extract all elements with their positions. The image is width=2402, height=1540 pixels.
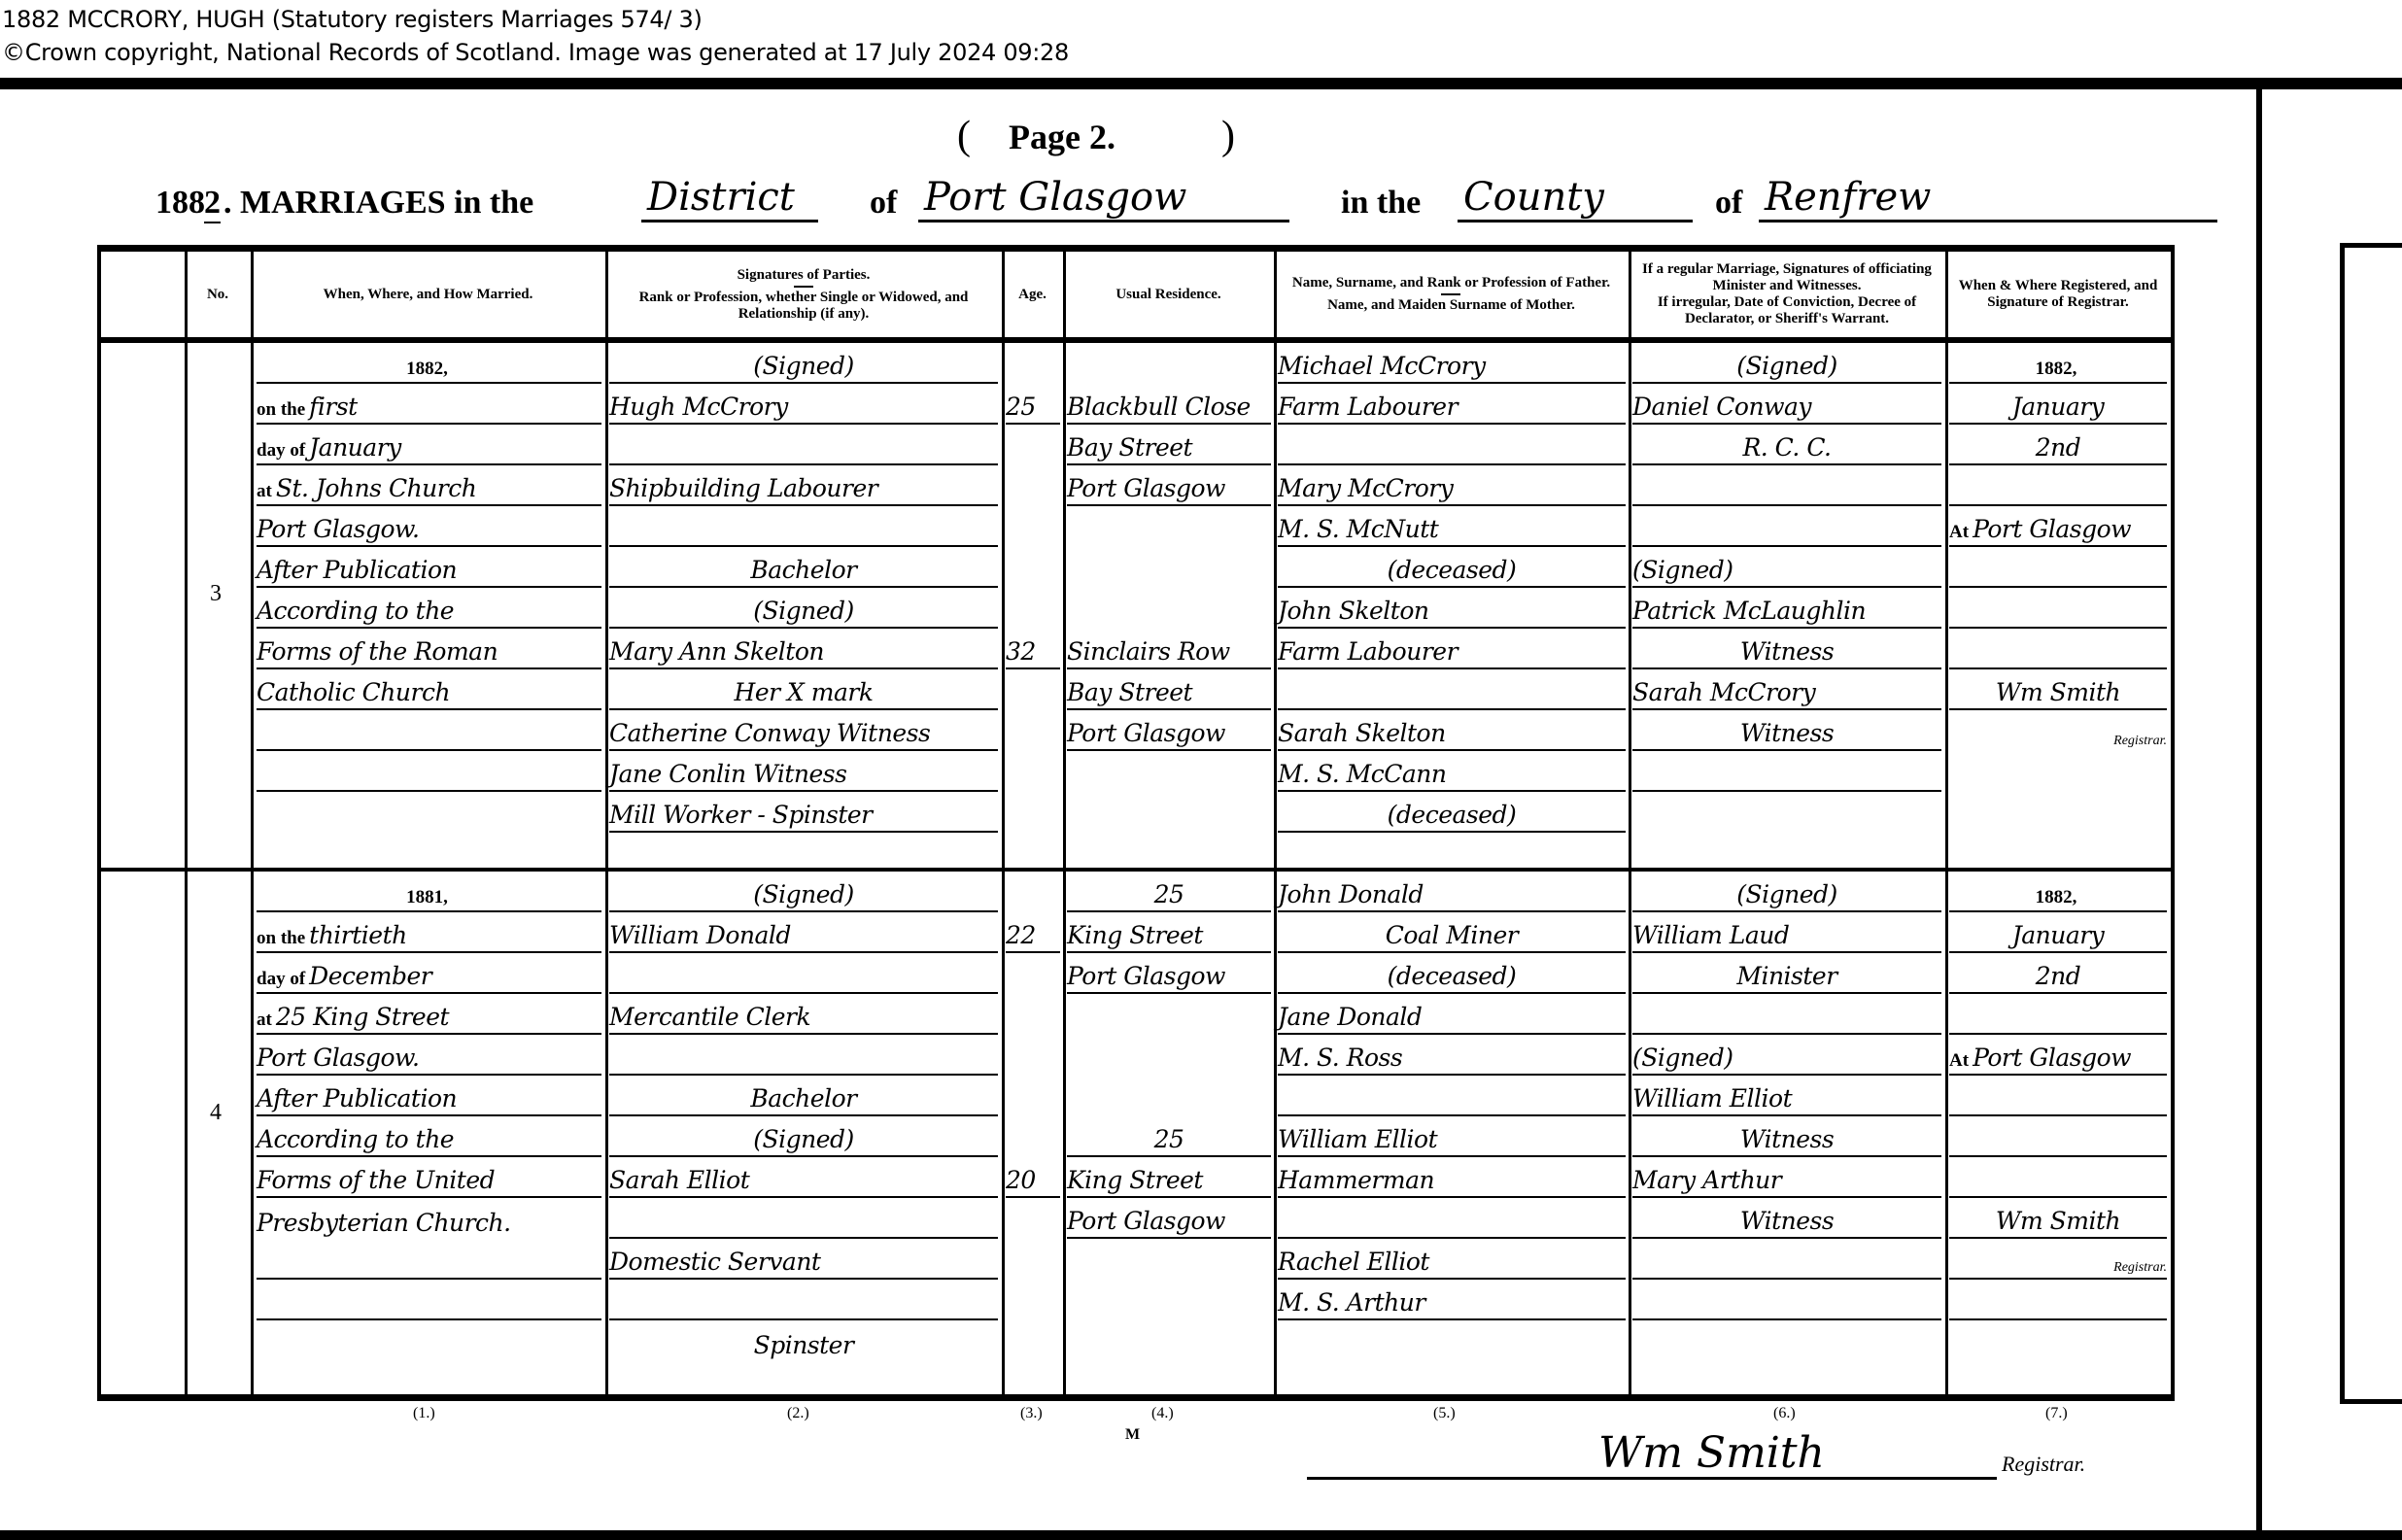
groom-age: 25 — [1006, 393, 1036, 421]
witness-2: Mary Arthur — [1632, 1166, 1781, 1194]
officiating-minister: Daniel Conway — [1632, 393, 1811, 421]
groom-name: Hugh McCrory — [609, 393, 788, 421]
adjacent-page-edge — [2340, 243, 2402, 1404]
register-entry-4: 4 1881, on thethirtieth day ofDecember a… — [101, 872, 2171, 1401]
bride-status: Spinster — [754, 1331, 854, 1359]
marriage-month: January — [309, 433, 401, 462]
marriage-place: 25 King Street — [276, 1003, 449, 1031]
marriage-day: thirtieth — [309, 921, 407, 949]
header-when-where: When, Where, and How Married. — [251, 252, 605, 337]
marriage-place: St. Johns Church — [276, 474, 477, 502]
marriage-day: first — [309, 393, 358, 421]
bride-occupation: Domestic Servant — [609, 1248, 820, 1276]
page-header: ( Page 2. ) — [957, 113, 1235, 159]
county-word: County — [1458, 175, 1693, 222]
page-number: Page 2. — [1009, 118, 1115, 156]
table-header-row: No. When, Where, and How Married. Signat… — [101, 252, 2171, 343]
groom-occupation: Shipbuilding Labourer — [609, 474, 877, 502]
entry-number: 4 — [210, 1100, 222, 1126]
header-no: No. — [185, 252, 251, 337]
entry-year: 1882, — [406, 359, 448, 380]
bride-name: Sarah Elliot — [609, 1166, 749, 1194]
year-suffix: 2 — [204, 185, 221, 223]
marriage-register-table: No. When, Where, and How Married. Signat… — [97, 245, 2175, 1401]
witness-2: Sarah McCrory — [1632, 678, 1815, 706]
registrar-label: Registrar. — [2002, 1452, 2085, 1477]
header-residence: Usual Residence. — [1063, 252, 1274, 337]
entry-year: 1881, — [406, 887, 448, 908]
marriage-month: December — [309, 962, 431, 990]
scan-top-border — [0, 78, 2402, 89]
groom-status: Bachelor — [750, 556, 856, 584]
column-numbers: (1.) (2.) (3.) (4.) (5.) (6.) (7.) — [97, 1405, 2175, 1428]
entry-number: 3 — [210, 581, 222, 607]
registrar-signature: Wm Smith — [1598, 1428, 1825, 1478]
district-name: Port Glasgow — [918, 175, 1289, 222]
witness-1: Patrick McLaughlin — [1632, 597, 1866, 625]
register-entry-3: 3 1882, on thefirst day ofJanuary atSt. … — [101, 343, 2171, 872]
header-parents: Name, Surname, and Rank or Profession of… — [1274, 252, 1629, 337]
scan-bottom-border — [0, 1530, 2402, 1540]
registrar-signature: Wm Smith — [1996, 1207, 2120, 1235]
footer-registrar-signature: Wm Smith Registrar. — [1307, 1438, 1997, 1480]
page-marker: M — [1125, 1426, 1140, 1444]
groom-status: Bachelor — [750, 1084, 856, 1112]
bride-age: 20 — [1006, 1166, 1036, 1194]
register-title-line: 188 2 . MARRIAGES in the District of Por… — [155, 175, 2099, 233]
bride-occupation: Mill Worker - Spinster — [609, 801, 873, 829]
officiating-minister: William Laud — [1632, 921, 1789, 949]
copyright-notice: ©Crown copyright, National Records of Sc… — [2, 39, 1069, 66]
bride-name: Mary Ann Skelton — [609, 637, 824, 666]
header-witnesses: If a regular Marriage, Signatures of off… — [1629, 252, 1945, 337]
header-age: Age. — [1002, 252, 1063, 337]
groom-age: 22 — [1006, 921, 1036, 949]
page-fold-line — [2256, 87, 2262, 1530]
marriages-label: . MARRIAGES in the — [223, 185, 533, 222]
bride-age: 32 — [1006, 637, 1036, 666]
groom-occupation: Mercantile Clerk — [609, 1003, 810, 1031]
header-registered: When & Where Registered, and Signature o… — [1945, 252, 2171, 337]
district-word: District — [641, 175, 818, 222]
witness-1: William Elliot — [1632, 1084, 1792, 1112]
county-name: Renfrew — [1759, 175, 2217, 222]
groom-name: William Donald — [609, 921, 791, 949]
record-title: 1882 MCCRORY, HUGH (Statutory registers … — [2, 6, 703, 33]
header-parties: Signatures of Parties.Rank or Profession… — [605, 252, 1002, 337]
registrar-signature: Wm Smith — [1996, 678, 2120, 706]
year-prefix: 188 — [155, 185, 205, 222]
